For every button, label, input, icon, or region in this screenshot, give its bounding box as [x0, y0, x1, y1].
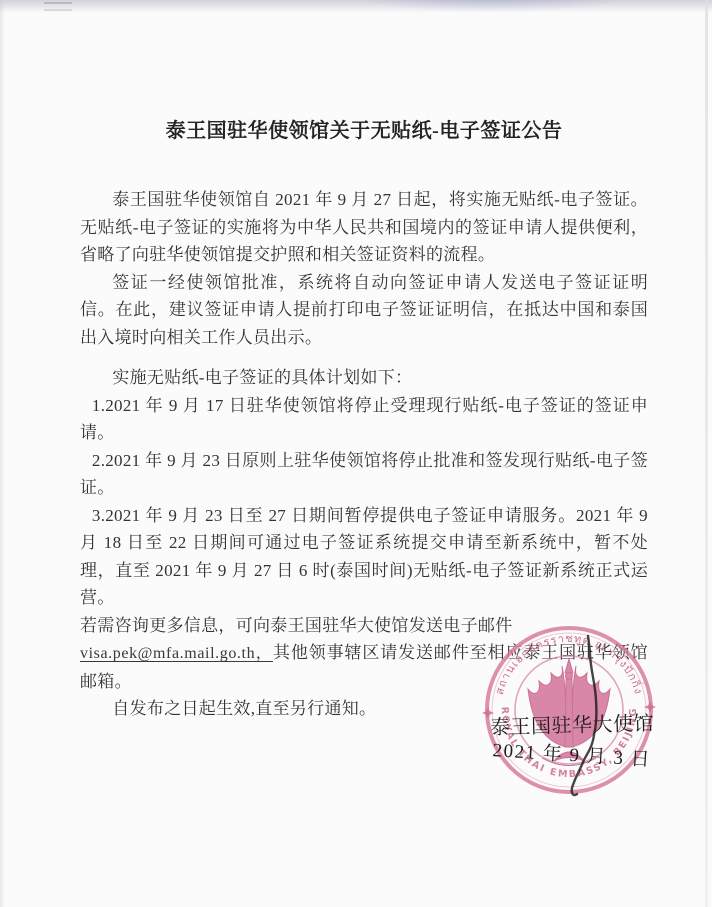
scan-tint-smudge	[350, 0, 630, 12]
paper-edge-left	[0, 0, 5, 907]
email-link[interactable]: visa.pek@mfa.mail.go.th，	[80, 645, 273, 662]
document-page: 泰王国驻华使领馆关于无贴纸-电子签证公告 泰王国驻华使领馆自 2021 年 9 …	[0, 0, 712, 907]
scan-mark-top-left	[44, 2, 72, 11]
plan-intro: 实施无贴纸-电子签证的具体计划如下：	[80, 364, 648, 392]
plan-item-2: 2.2021 年 9 月 23 日原则上驻华使领馆将停止批准和签发现行贴纸-电子…	[80, 447, 648, 502]
signature-stroke	[555, 630, 615, 805]
plan-item-3: 3.2021 年 9 月 23 日至 27 日期间暂停提供电子签证申请服务。20…	[80, 502, 648, 612]
contact-line: 若需咨询更多信息，可向泰王国驻华大使馆发送电子邮件	[80, 616, 513, 635]
plan-item-1: 1.2021 年 9 月 17 日驻华使领馆将停止受理现行贴纸-电子签证的签证申…	[80, 392, 648, 447]
paragraph-approval-letter: 签证一经使领馆批准，系统将自动向签证申请人发送电子签证证明信。在此，建议签证申请…	[80, 269, 648, 352]
paragraph-implementation: 泰王国驻华使领馆自 2021 年 9 月 27 日起，将实施无贴纸-电子签证。无…	[80, 186, 648, 269]
document-title: 泰王国驻华使领馆关于无贴纸-电子签证公告	[80, 118, 648, 144]
paper-edge-right	[705, 0, 708, 907]
